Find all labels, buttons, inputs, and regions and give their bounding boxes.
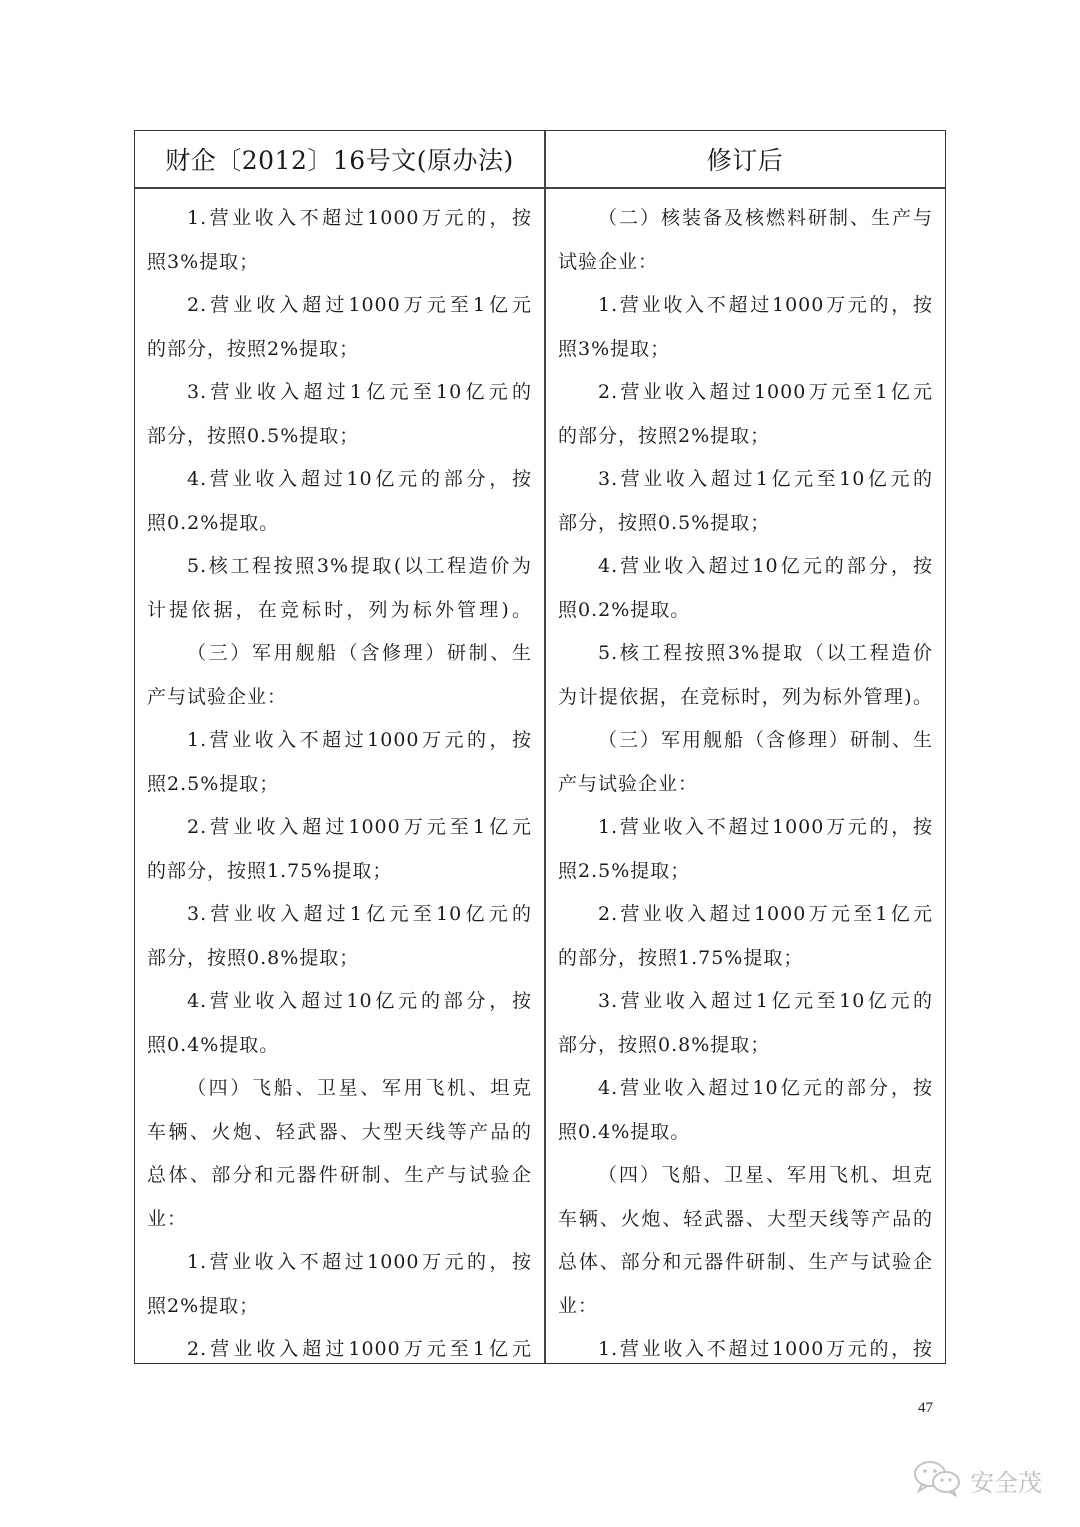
text-line: 业： [147,1198,532,1242]
text-line: 1.营业收入不超过1000万元的，按 [147,1241,532,1285]
text-line: 1.营业收入不超过1000万元的，按 [147,719,532,763]
watermark-text: 安全茂 [970,1463,1042,1498]
text-line: （二）核装备及核燃料研制、生产与 [558,197,933,241]
text-line: 照3%提取； [558,328,933,372]
text-line: 部分，按照0.8%提取； [147,937,532,981]
text-line: 照3%提取； [147,241,532,285]
text-line: 5.核工程按照3%提取（以工程造价 [558,632,933,676]
header-revised: 修订后 [545,131,945,187]
text-line: 部分，按照0.5%提取； [147,415,532,459]
text-line: 1.营业收入不超过1000万元的，按 [147,197,532,241]
text-line: 照2.5%提取； [147,763,532,807]
text-line: 照0.4%提取。 [147,1024,532,1068]
text-line: （三）军用舰船（含修理）研制、生 [558,719,933,763]
text-line: 照0.4%提取。 [558,1111,933,1155]
text-line: 4.营业收入超过10亿元的部分，按 [147,458,532,502]
text-line: 3.营业收入超过1亿元至10亿元的 [147,893,532,937]
text-line: 试验企业： [558,241,933,285]
text-line: 车辆、火炮、轻武器、大型天线等产品的 [147,1111,532,1155]
text-line: 照2%提取； [147,1285,532,1329]
text-line: 1.营业收入不超过1000万元的，按 [558,284,933,328]
text-line: 2.营业收入超过1000万元至1亿元 [558,893,933,937]
text-line: 4.营业收入超过10亿元的部分，按 [147,980,532,1024]
text-line: 总体、部分和元器件研制、生产与试验企 [147,1154,532,1198]
page-number: 47 [918,1400,933,1417]
text-line: 产与试验企业： [558,763,933,807]
text-line: 5.核工程按照3%提取(以工程造价为 [147,545,532,589]
column-revised-text: （二）核装备及核燃料研制、生产与试验企业：1.营业收入不超过1000万元的，按照… [546,189,945,1363]
text-line: （三）军用舰船（含修理）研制、生 [147,632,532,676]
text-line: 3.营业收入超过1亿元至10亿元的 [558,458,933,502]
text-line: 1.营业收入不超过1000万元的，按 [558,806,933,850]
comparison-table: 财企〔2012〕16号文(原办法) 修订后 1.营业收入不超过1000万元的，按… [134,130,946,1364]
text-line: 2.营业收入超过1000万元至1亿元 [147,1328,532,1363]
text-line: 车辆、火炮、轻武器、大型天线等产品的 [558,1198,933,1242]
text-line: 为计提依据，在竞标时，列为标外管理)。 [558,676,933,720]
text-line: 产与试验企业： [147,676,532,720]
text-line: （四）飞船、卫星、军用飞机、坦克 [558,1154,933,1198]
text-line: 照2.5%提取； [558,850,933,894]
text-line: 的部分，按照2%提取； [558,415,933,459]
text-line: 总体、部分和元器件研制、生产与试验企 [558,1241,933,1285]
text-line: 计提依据，在竞标时，列为标外管理)。 [147,589,532,633]
text-line: 部分，按照0.8%提取； [558,1024,933,1068]
text-line: 1.营业收入不超过1000万元的，按 [558,1328,933,1363]
text-line: 的部分，按照2%提取； [147,328,532,372]
text-line: 2.营业收入超过1000万元至1亿元 [147,806,532,850]
text-line: 业： [558,1285,933,1329]
text-line: 的部分，按照1.75%提取； [147,850,532,894]
text-line: 部分，按照0.5%提取； [558,502,933,546]
text-line: （四）飞船、卫星、军用飞机、坦克 [147,1067,532,1111]
text-line: 4.营业收入超过10亿元的部分，按 [558,545,933,589]
text-line: 2.营业收入超过1000万元至1亿元 [147,284,532,328]
text-line: 的部分，按照1.75%提取； [558,937,933,981]
text-line: 2.营业收入超过1000万元至1亿元 [558,371,933,415]
text-line: 3.营业收入超过1亿元至10亿元的 [147,371,532,415]
text-line: 4.营业收入超过10亿元的部分，按 [558,1067,933,1111]
text-line: 照0.2%提取。 [558,589,933,633]
header-original: 财企〔2012〕16号文(原办法) [135,131,544,187]
wechat-icon [912,1458,964,1502]
text-line: 3.营业收入超过1亿元至10亿元的 [558,980,933,1024]
watermark: 安全茂 [912,1458,1042,1502]
column-original-text: 1.营业收入不超过1000万元的，按照3%提取；2.营业收入超过1000万元至1… [135,189,544,1363]
text-line: 照0.2%提取。 [147,502,532,546]
